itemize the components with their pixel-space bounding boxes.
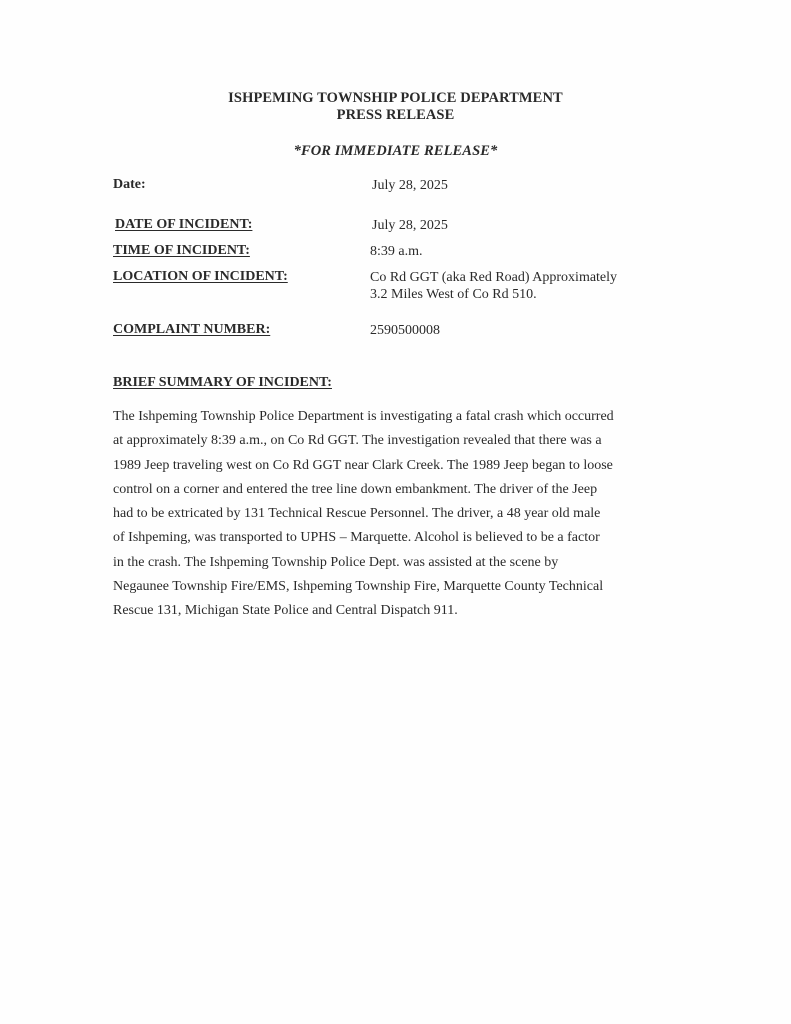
agency-name: ISHPEMING TOWNSHIP POLICE DEPARTMENT <box>0 90 791 107</box>
summary-line: The Ishpeming Township Police Department… <box>113 405 673 429</box>
summary-body: The Ishpeming Township Police Department… <box>113 405 673 624</box>
summary-line: of Ishpeming, was transported to UPHS – … <box>113 526 673 550</box>
document-type: PRESS RELEASE <box>0 107 791 124</box>
summary-line: in the crash. The Ishpeming Township Pol… <box>113 551 673 575</box>
date-label: Date: <box>113 177 146 193</box>
location-of-incident-value: Co Rd GGT (aka Red Road) Approximately 3… <box>370 269 617 303</box>
release-note: *FOR IMMEDIATE RELEASE* <box>0 143 791 160</box>
complaint-number-value: 2590500008 <box>370 322 440 339</box>
summary-line: Negaunee Township Fire/EMS, Ishpeming To… <box>113 575 673 599</box>
complaint-number-label: COMPLAINT NUMBER: <box>113 322 270 338</box>
summary-line: control on a corner and entered the tree… <box>113 478 673 502</box>
date-of-incident-label: DATE OF INCIDENT: <box>115 217 252 233</box>
time-of-incident-label: TIME OF INCIDENT: <box>113 243 250 259</box>
date-of-incident-value: July 28, 2025 <box>372 217 448 234</box>
summary-line: Rescue 131, Michigan State Police and Ce… <box>113 599 673 623</box>
summary-line: 1989 Jeep traveling west on Co Rd GGT ne… <box>113 454 673 478</box>
date-value: July 28, 2025 <box>372 177 448 194</box>
location-line: 3.2 Miles West of Co Rd 510. <box>370 286 617 303</box>
summary-line: had to be extricated by 131 Technical Re… <box>113 502 673 526</box>
summary-heading: BRIEF SUMMARY OF INCIDENT: <box>113 375 332 391</box>
location-line: Co Rd GGT (aka Red Road) Approximately <box>370 269 617 286</box>
press-release-page: ISHPEMING TOWNSHIP POLICE DEPARTMENT PRE… <box>0 0 791 1024</box>
location-of-incident-label: LOCATION OF INCIDENT: <box>113 269 288 285</box>
summary-line: at approximately 8:39 a.m., on Co Rd GGT… <box>113 429 673 453</box>
time-of-incident-value: 8:39 a.m. <box>370 243 423 260</box>
